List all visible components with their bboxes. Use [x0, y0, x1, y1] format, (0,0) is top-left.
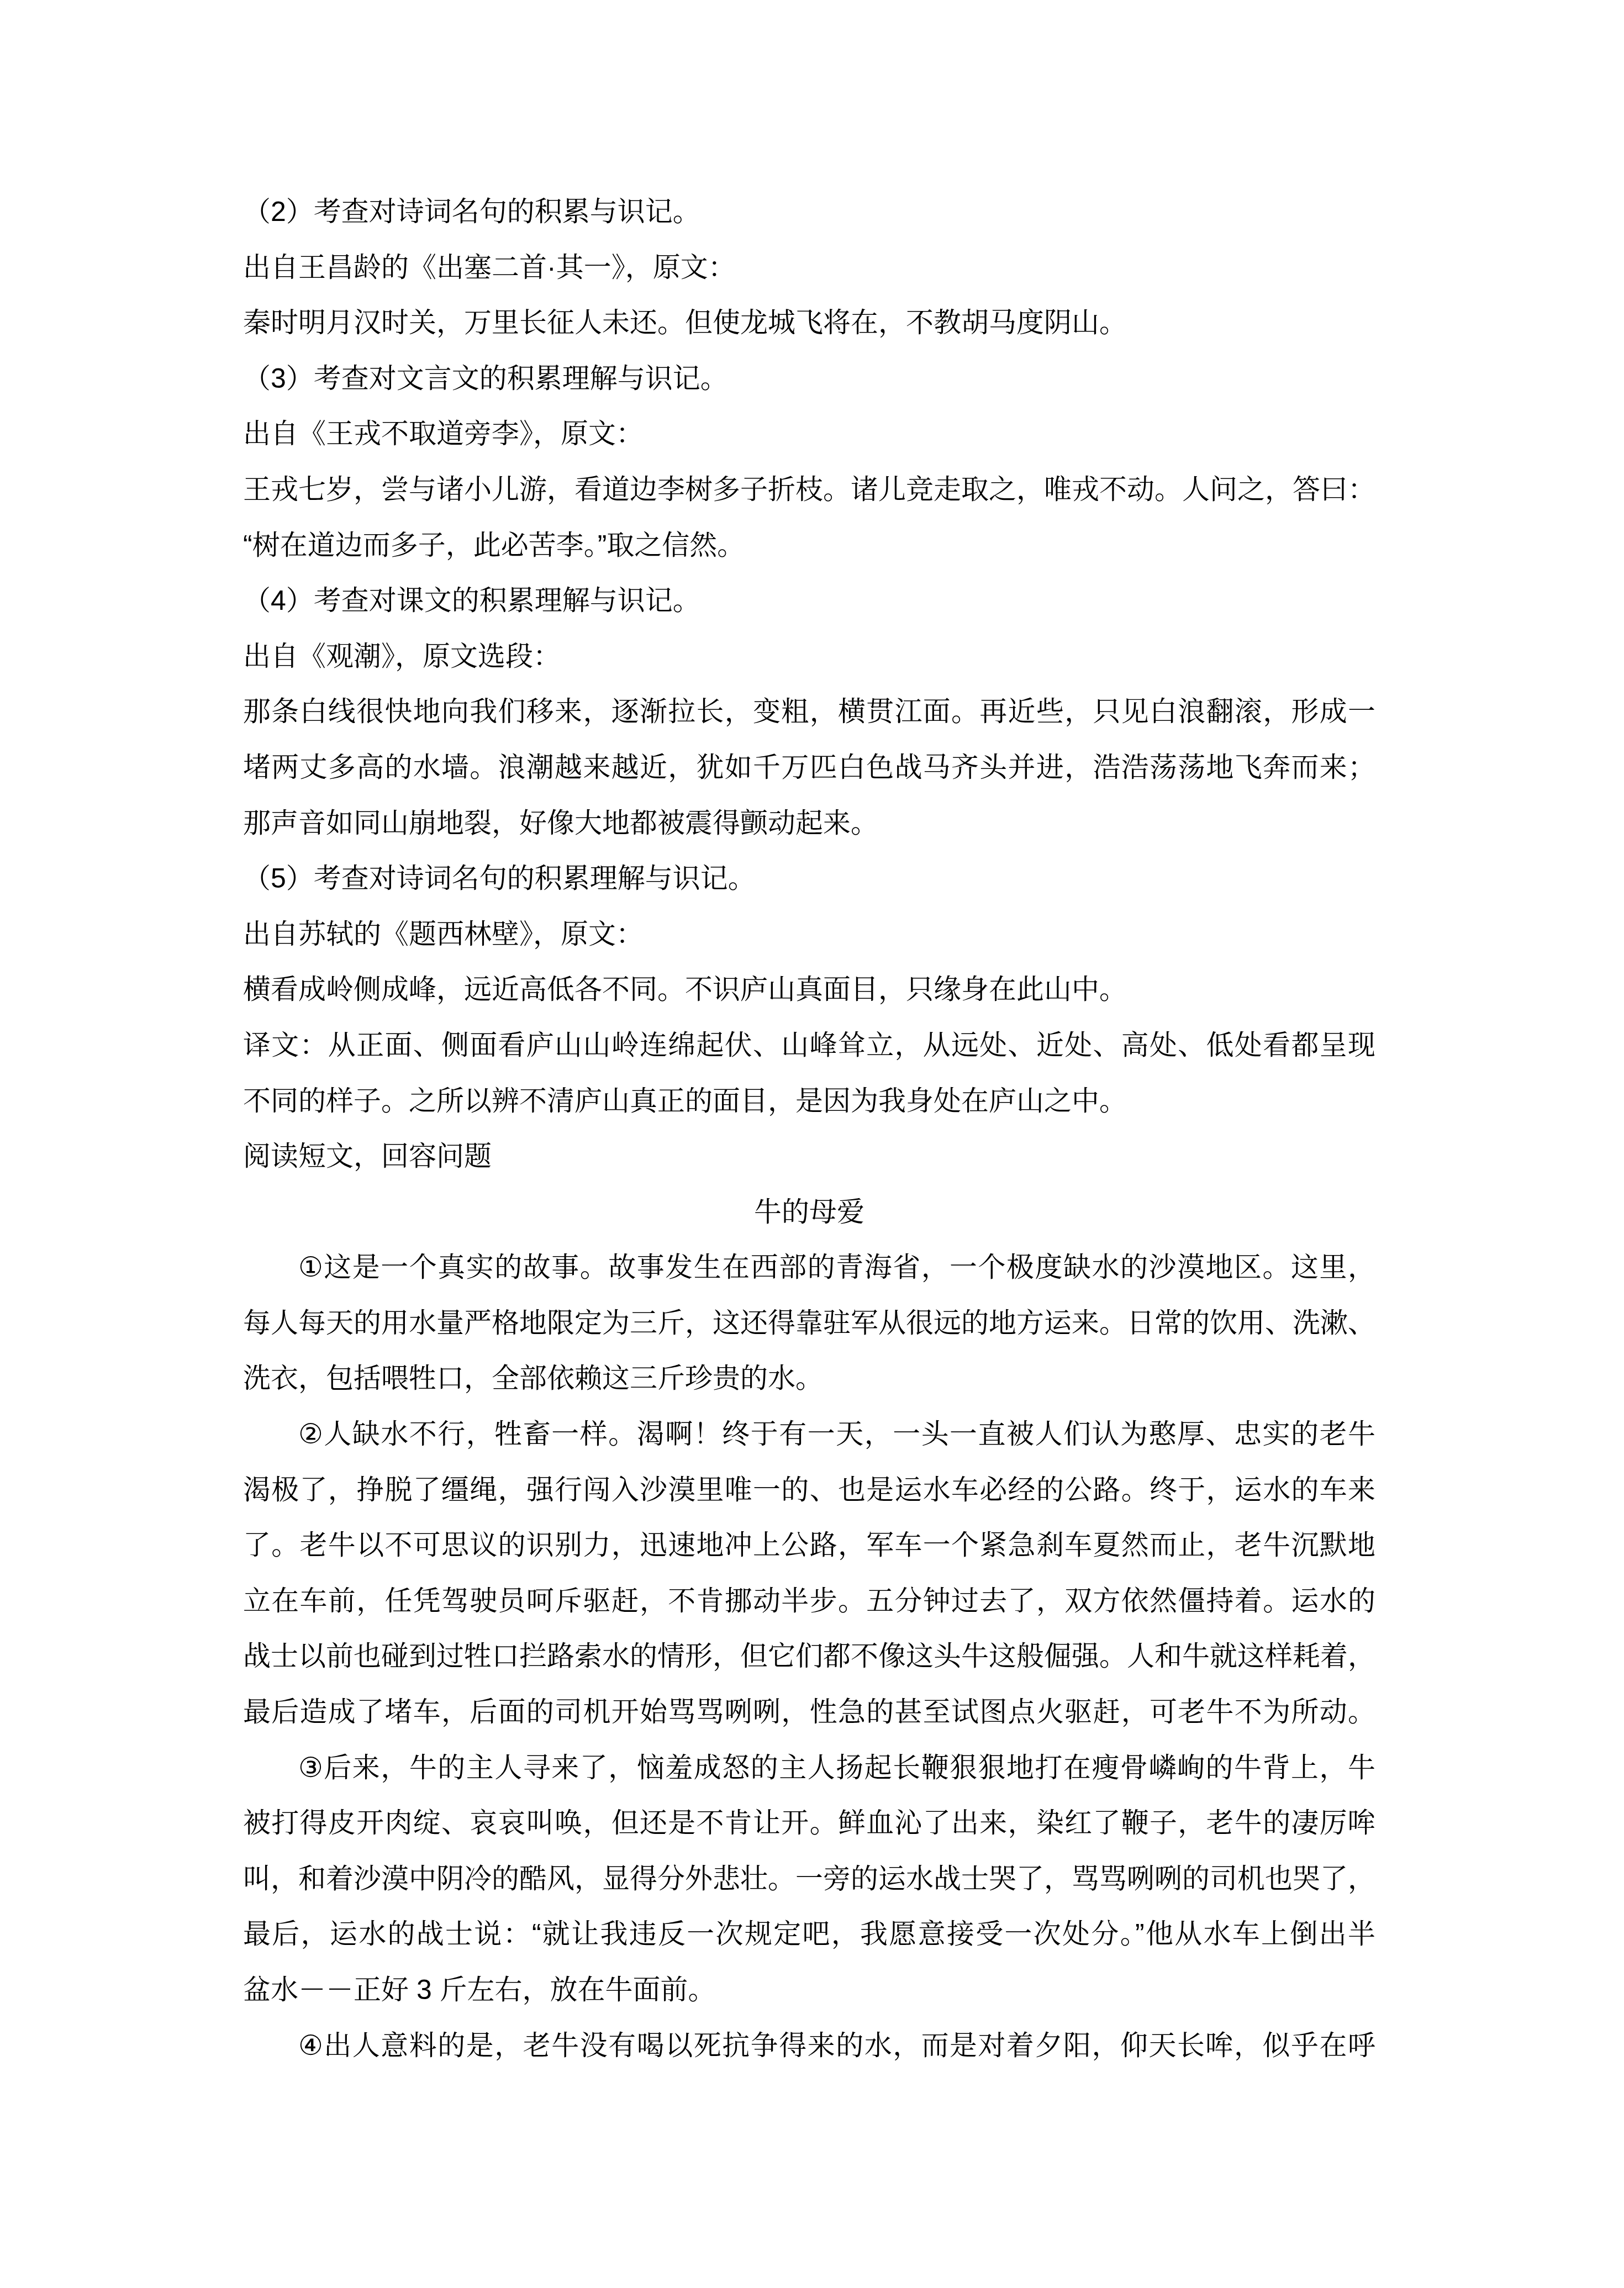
quote-line: 堵两丈多高的水墙。浪潮越来越近，犹如千万匹白色战马齐头并进，浩浩荡荡地飞奔而来； [243, 740, 1375, 795]
passage-line: 盆水－－正好 3 斤左右，放在牛面前。 [243, 1962, 1375, 2018]
passage-line: 立在车前，任凭驾驶员呵斥驱赶，不肯挪动半步。五分钟过去了，双方依然僵持着。运水的 [243, 1573, 1375, 1629]
source-line: 出自《王戎不取道旁李》，原文： [243, 406, 1375, 462]
quote-line: 那条白线很快地向我们移来，逐渐拉长，变粗，横贯江面。再近些，只见白浪翻滚，形成一 [243, 684, 1375, 740]
passage-line: 叫，和着沙漠中阴冷的酷风，显得分外悲壮。一旁的运水战士哭了，骂骂咧咧的司机也哭了… [243, 1851, 1375, 1907]
answer-item-line: （3）考查对文言文的积累理解与识记。 [243, 351, 1375, 407]
document-text-block: （2）考查对诗词名句的积累与识记。 出自王昌龄的《出塞二首·其一》，原文： 秦时… [243, 184, 1375, 2073]
answer-item-line: （5）考查对诗词名句的积累理解与识记。 [243, 851, 1375, 906]
passage-line: ②人缺水不行，牲畜一样。渴啊！终于有一天，一头一直被人们认为憨厚、忠实的老牛 [243, 1406, 1375, 1462]
translation-line: 不同的样子。之所以辨不清庐山真正的面目，是因为我身处在庐山之中。 [243, 1073, 1375, 1129]
passage-line: ①这是一个真实的故事。故事发生在西部的青海省，一个极度缺水的沙漠地区。这里， [243, 1240, 1375, 1295]
answer-item-line: （4）考查对课文的积累理解与识记。 [243, 573, 1375, 629]
quote-line: 秦时明月汉时关，万里长征人未还。但使龙城飞将在，不教胡马度阴山。 [243, 295, 1375, 351]
passage-line: ④出人意料的是，老牛没有喝以死抗争得来的水，而是对着夕阳，仰天长哞，似乎在呼 [243, 2018, 1375, 2074]
source-line: 出自《观潮》，原文选段： [243, 629, 1375, 684]
document-page: （2）考查对诗词名句的积累与识记。 出自王昌龄的《出塞二首·其一》，原文： 秦时… [0, 0, 1624, 2288]
passage-line: 了。老牛以不可思议的识别力，迅速地冲上公路，军车一个紧急刹车夏然而止，老牛沉默地 [243, 1517, 1375, 1573]
section-intro-line: 阅读短文，回容问题 [243, 1129, 1375, 1184]
quote-line: “树在道边而多子，此必苦李。”取之信然。 [243, 518, 1375, 573]
passage-line: 渴极了，挣脱了缰绳，强行闯入沙漠里唯一的、也是运水车必经的公路。终于，运水的车来 [243, 1462, 1375, 1518]
passage-line: 被打得皮开肉绽、哀哀叫唤，但还是不肯让开。鲜血沁了出来，染红了鞭子，老牛的凄厉哞 [243, 1795, 1375, 1851]
translation-line: 译文：从正面、侧面看庐山山岭连绵起伏、山峰耸立，从远处、近处、高处、低处看都呈现 [243, 1018, 1375, 1073]
source-line: 出自王昌龄的《出塞二首·其一》，原文： [243, 240, 1375, 296]
passage-line: 最后，运水的战士说：“就让我违反一次规定吧，我愿意接受一次处分。”他从水车上倒出… [243, 1906, 1375, 1962]
passage-title: 牛的母爱 [243, 1184, 1375, 1240]
quote-line: 那声音如同山崩地裂，好像大地都被震得颤动起来。 [243, 795, 1375, 851]
passage-line: ③后来，牛的主人寻来了，恼羞成怒的主人扬起长鞭狠狠地打在瘦骨嶙峋的牛背上，牛 [243, 1740, 1375, 1796]
passage-line: 每人每天的用水量严格地限定为三斤，这还得靠驻军从很远的地方运来。日常的饮用、洗漱… [243, 1295, 1375, 1351]
passage-line: 战士以前也碰到过牲口拦路索水的情形，但它们都不像这头牛这般倔强。人和牛就这样耗着… [243, 1628, 1375, 1684]
answer-item-line: （2）考查对诗词名句的积累与识记。 [243, 184, 1375, 240]
quote-line: 横看成岭侧成峰，远近高低各不同。不识庐山真面目，只缘身在此山中。 [243, 962, 1375, 1018]
quote-line: 王戎七岁，尝与诸小儿游，看道边李树多子折枝。诸儿竞走取之，唯戎不动。人问之，答曰… [243, 462, 1375, 518]
passage-line: 最后造成了堵车，后面的司机开始骂骂咧咧，性急的甚至试图点火驱赶，可老牛不为所动。 [243, 1684, 1375, 1740]
passage-line: 洗衣，包括喂牲口，全部依赖这三斤珍贵的水。 [243, 1351, 1375, 1406]
source-line: 出自苏轼的《题西林壁》，原文： [243, 906, 1375, 962]
